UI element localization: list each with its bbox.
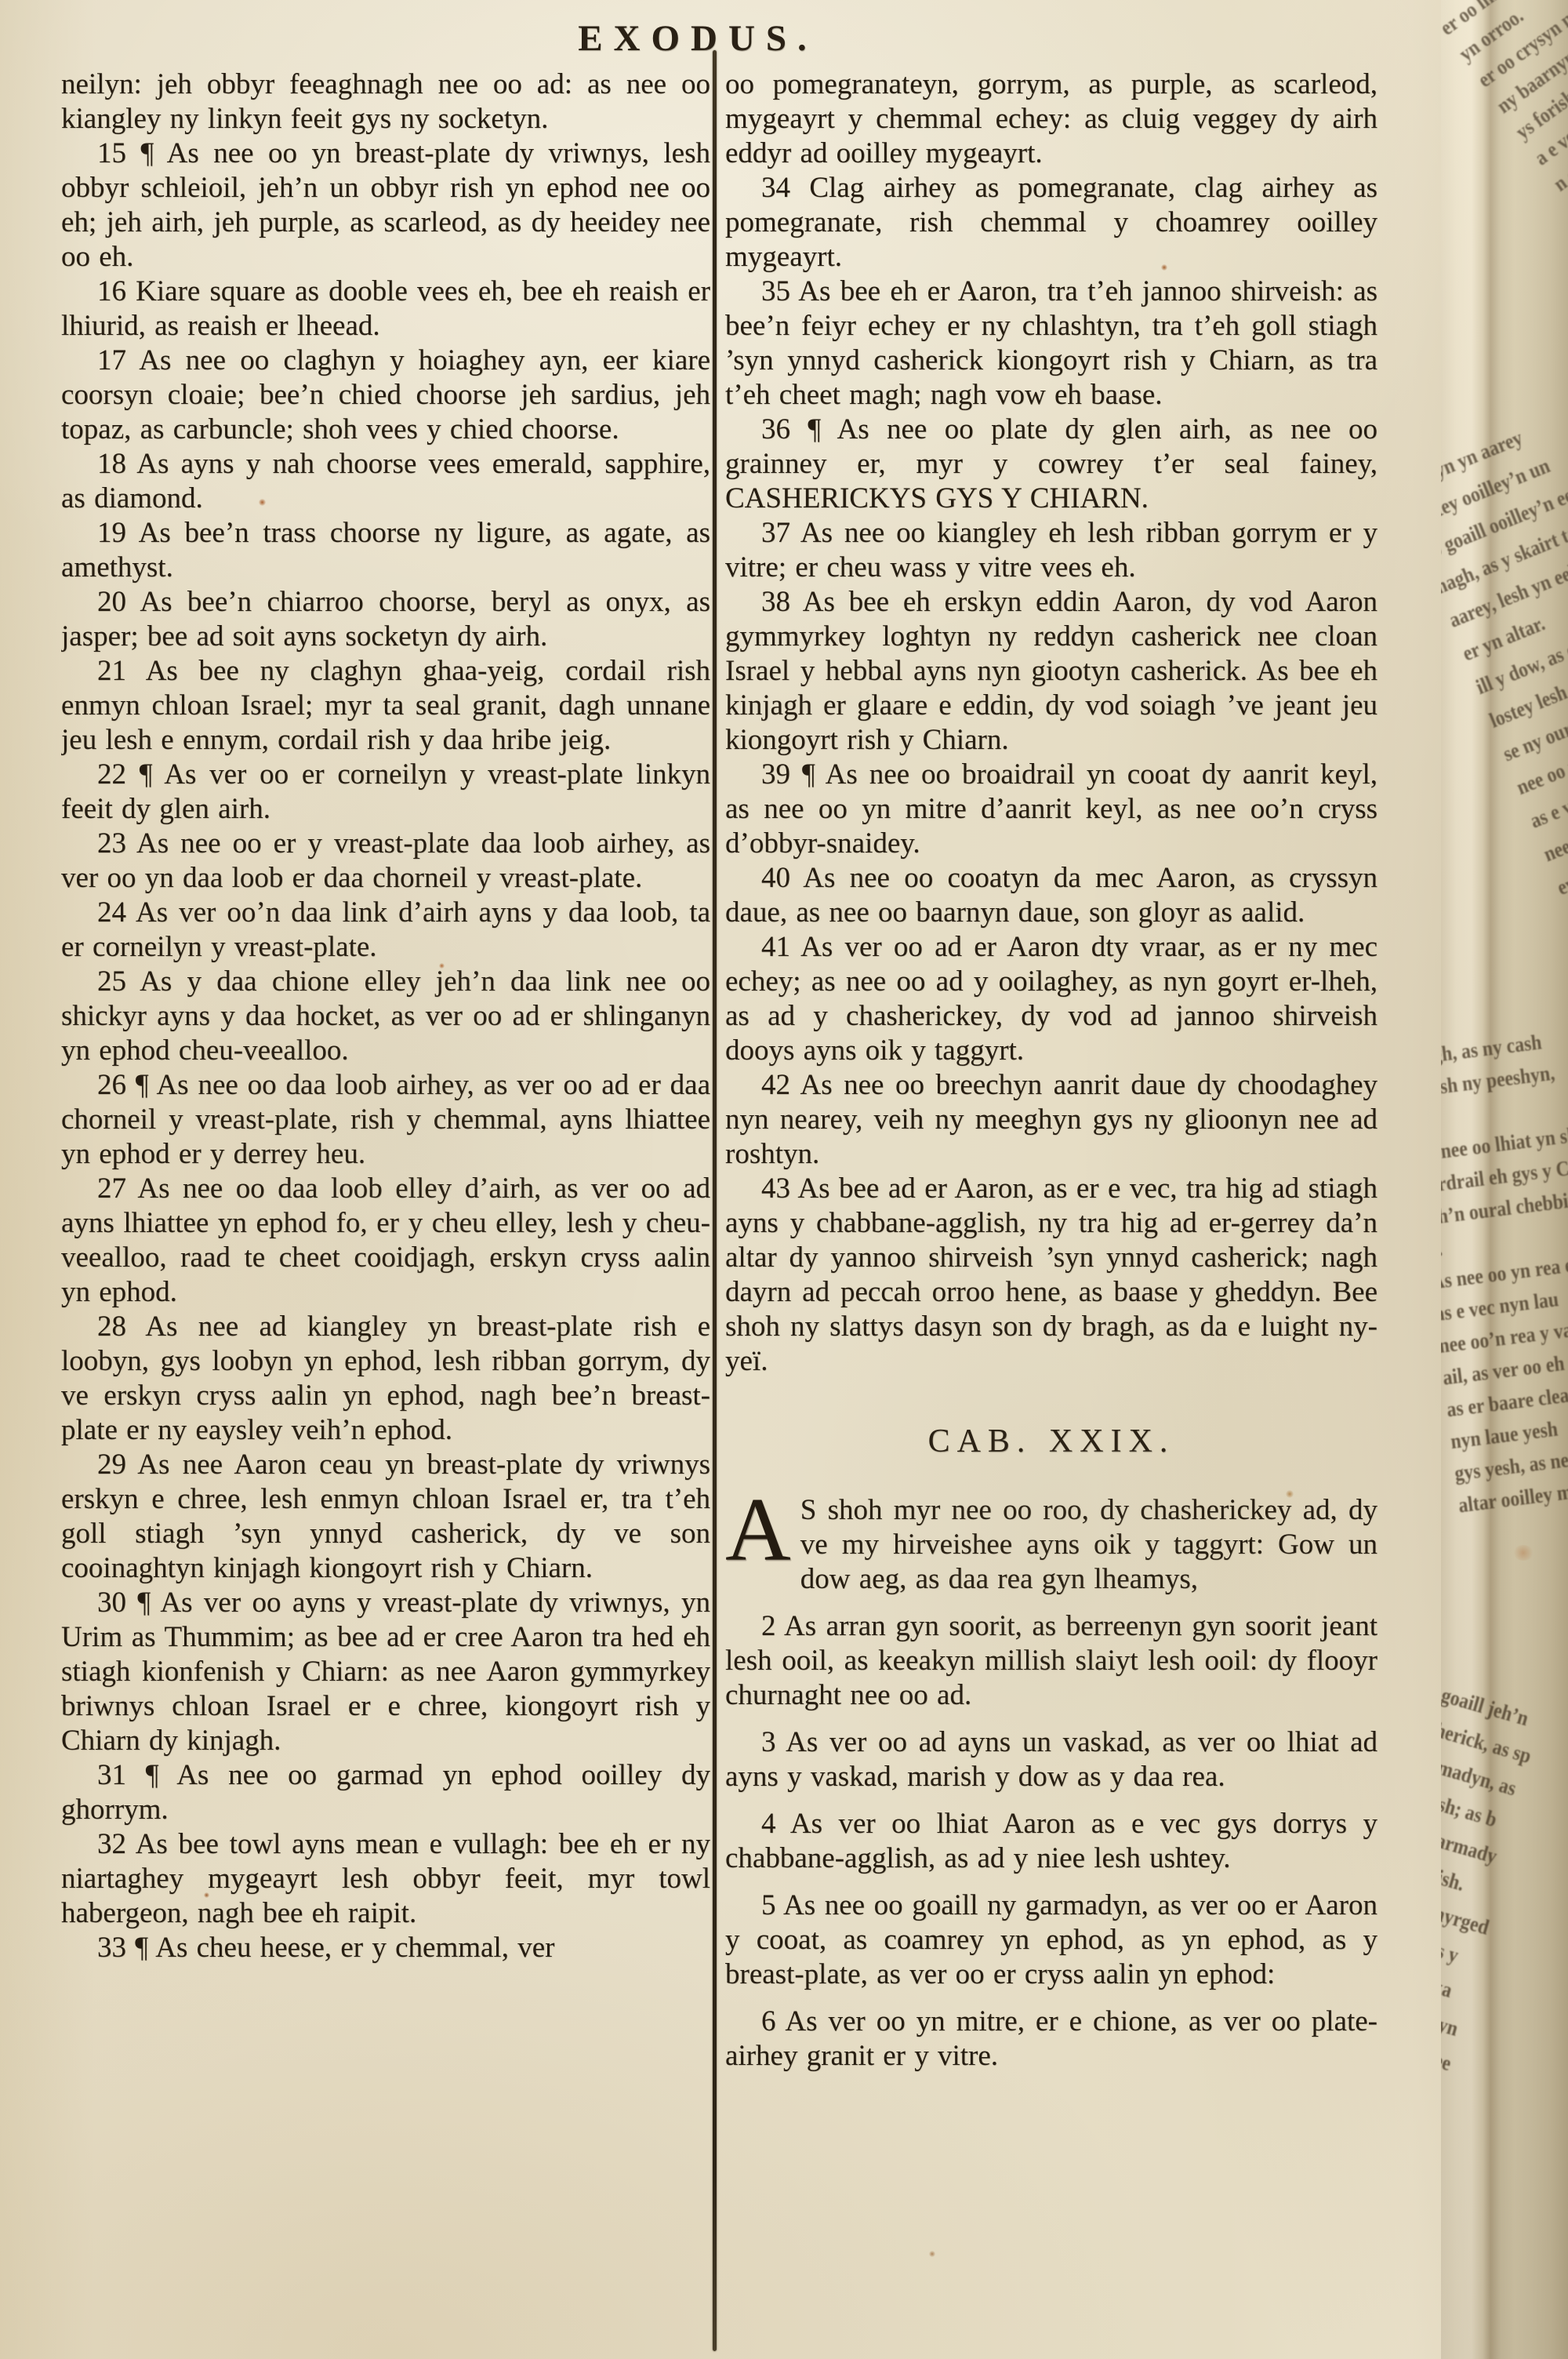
text-column-right: oo pomegranateyn, gorrym, as purple, as … [725, 67, 1377, 2356]
verse-paragraph: 30 ¶ As ver oo ayns y vreast-plate dy vr… [61, 1586, 710, 1758]
verse-paragraph: 38 As bee eh erskyn eddin Aaron, dy vod … [725, 585, 1377, 758]
verse-paragraph: 42 As nee oo breechyn aanrit daue dy cho… [725, 1068, 1377, 1172]
verse-paragraph: 19 As bee’n trass choorse ny ligure, as … [61, 516, 710, 585]
verse-paragraph: 5 As nee oo goaill ny garmadyn, as ver o… [725, 1888, 1377, 1992]
verse-paragraph: 26 ¶ As nee oo daa loob airhey, as ver o… [61, 1068, 710, 1172]
verse-paragraph: 22 ¶ As ver oo er corneilyn y vreast-pla… [61, 758, 710, 827]
verse-paragraph: 33 ¶ As cheu heese, er y chemmal, ver [61, 1931, 710, 1965]
verse-paragraph: 40 As nee oo cooatyn da mec Aaron, as cr… [725, 861, 1377, 930]
dropcap-paragraph: AS shoh myr nee oo roo, dy chasherickey … [725, 1493, 1377, 1597]
verse-paragraph: 31 ¶ As nee oo garmad yn ephod ooilley d… [61, 1758, 710, 1827]
verse-paragraph: 4 As ver oo lhiat Aaron as e vec gys dor… [725, 1807, 1377, 1876]
verse-paragraph: 39 ¶ As nee oo broaidrail yn cooat dy aa… [725, 758, 1377, 861]
verse-paragraph: 21 As bee ny claghyn ghaa-yeig, cordail … [61, 654, 710, 758]
verse-paragraph: 36 ¶ As nee oo plate dy glen airh, as ne… [725, 413, 1377, 516]
drop-cap-letter: A [725, 1493, 800, 1564]
verse-paragraph: 25 As y daa chione elley jeh’n daa link … [61, 965, 710, 1068]
page-curl-gutter: se oo geaey eh er e chione, as ler oo lh… [1441, 0, 1568, 2359]
page-title: EXODUS. [0, 17, 1396, 66]
verse-paragraph: 18 As ayns y nah choorse vees emerald, s… [61, 447, 710, 516]
verse-paragraph: 23 As nee oo er y vreast-plate daa loob … [61, 827, 710, 896]
curl-text-band: cuirkyn yn aareyushtey ooilley’n unoo go… [1441, 371, 1568, 906]
verse-paragraph: 32 As bee towl ayns mean e vullagh: bee … [61, 1827, 710, 1931]
text-column-left: neilyn: jeh obbyr feeaghnagh nee oo ad: … [61, 67, 710, 2356]
chapter-heading: CAB. XXIX. [725, 1424, 1377, 1459]
column-divider-rule [713, 50, 717, 2351]
curl-text-band: se oo geaey eh er e chione, as ler oo lh… [1441, 0, 1568, 329]
verse-paragraph: 37 As nee oo kiangley eh lesh ribban gor… [725, 516, 1377, 585]
verse-paragraph: 43 As bee ad er Aaron, as er e vec, tra … [725, 1172, 1377, 1379]
curl-text-band: ynagh, as ny cashal rish ny peeshyn,e.As… [1441, 1011, 1568, 1522]
verse-paragraph: 29 As nee Aaron ceau yn breast-plate dy … [61, 1448, 710, 1586]
verse-paragraph: 35 As bee eh er Aaron, tra t’eh jannoo s… [725, 274, 1377, 413]
verse-paragraph: 27 As nee oo daa loob elley d’airh, as v… [61, 1172, 710, 1310]
continuation-paragraph: neilyn: jeh obbyr feeaghnagh nee oo ad: … [61, 67, 710, 136]
curl-text-band: nee oo goaill jeh’nooil casherick, as sp… [1441, 1663, 1568, 2346]
verse-paragraph: 24 As ver oo’n daa link d’airh ayns y da… [61, 896, 710, 965]
verse-paragraph: 28 As nee ad kiangley yn breast-plate ri… [61, 1310, 710, 1448]
verse-paragraph: 16 Kiare square as dooble vees eh, bee e… [61, 274, 710, 343]
continuation-paragraph: oo pomegranateyn, gorrym, as purple, as … [725, 67, 1377, 171]
verse-paragraph: 2 As arran gyn soorit, as berreenyn gyn … [725, 1609, 1377, 1713]
verse-paragraph: 17 As nee oo claghyn y hoiaghey ayn, eer… [61, 343, 710, 447]
verse-paragraph: 6 As ver oo yn mitre, er e chione, as ve… [725, 2005, 1377, 2074]
verse-paragraph: 15 ¶ As nee oo yn breast-plate dy vriwny… [61, 136, 710, 274]
verse-paragraph: 20 As bee’n chiarroo choorse, beryl as o… [61, 585, 710, 654]
verse-paragraph: 3 As ver oo ad ayns un vaskad, as ver oo… [725, 1725, 1377, 1794]
book-page: EXODUS. neilyn: jeh obbyr feeaghnagh nee… [0, 0, 1568, 2359]
verse-paragraph: 34 Clag airhey as pomegranate, clag airh… [725, 171, 1377, 274]
verse-paragraph: 41 As ver oo ad er Aaron dty vraar, as e… [725, 930, 1377, 1068]
